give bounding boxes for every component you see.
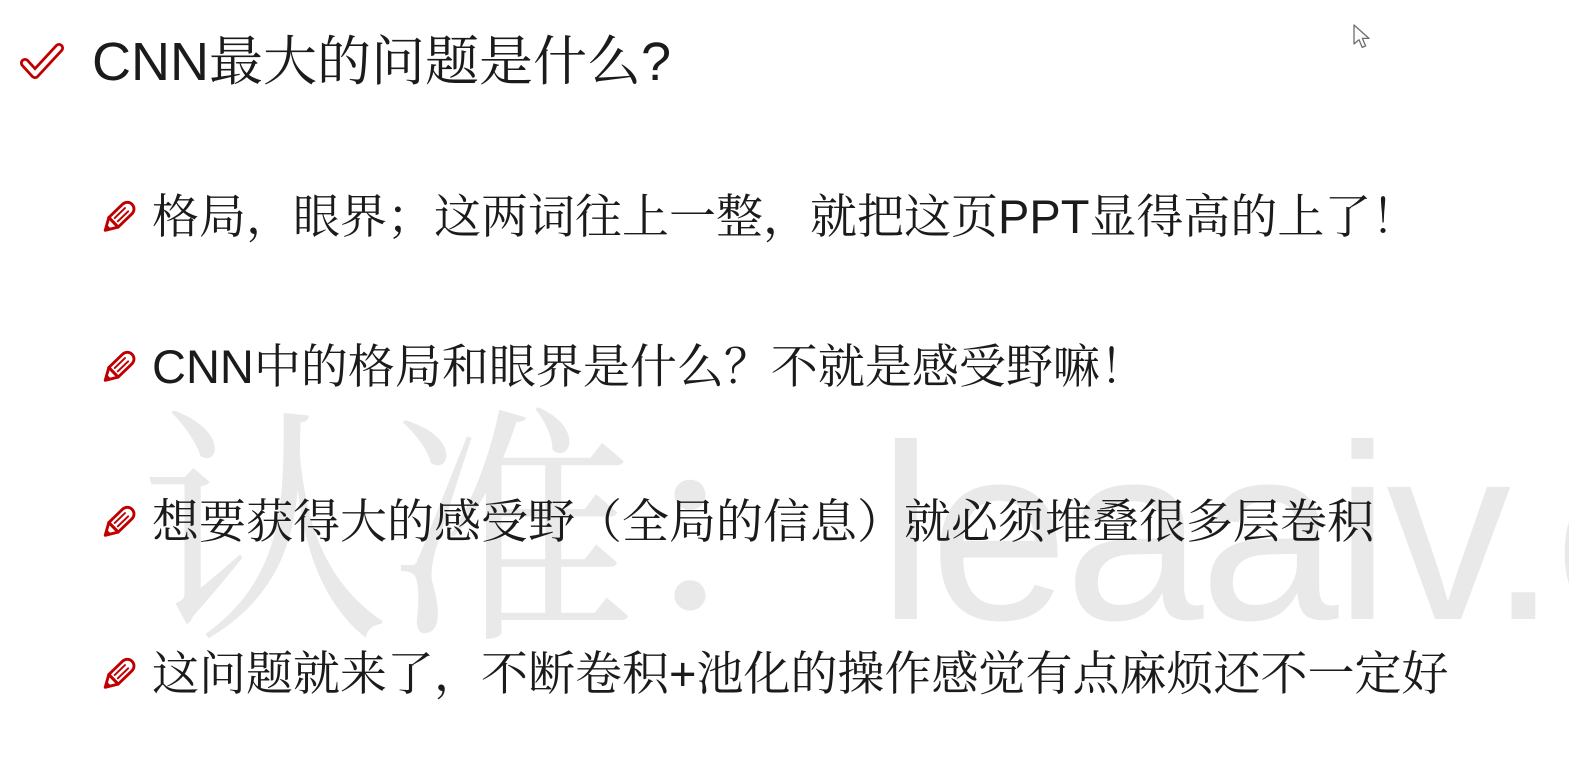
bullet-item: 这问题就来了，不断卷积+池化的操作感觉有点麻烦还不一定好 [96,643,1448,705]
bullet-text: 想要获得大的感受野（全局的信息）就必须堆叠很多层卷积 [152,492,1374,552]
bullet-item: CNN中的格局和眼界是什么？不就是感受野嘛！ [96,336,1147,398]
pencil-icon [96,495,142,549]
bullet-text: 这问题就来了，不断卷积+池化的操作感觉有点麻烦还不一定好 [152,644,1448,704]
bullet-text: 格局，眼界；这两词往上一整，就把这页PPT显得高的上了！ [152,187,1418,247]
bullet-text: CNN中的格局和眼界是什么？不就是感受野嘛！ [152,337,1147,397]
bullet-item: 格局，眼界；这两词往上一整，就把这页PPT显得高的上了！ [96,186,1418,248]
slide: 认准：leaaiv.cn CNN最大的问题是什么? 格局，眼界 [0,0,1569,763]
mouse-cursor-icon [1352,24,1372,57]
pencil-icon [96,190,142,244]
bullet-item: 想要获得大的感受野（全局的信息）就必须堆叠很多层卷积 [96,491,1374,553]
pencil-icon [96,340,142,394]
slide-title: CNN最大的问题是什么? [92,30,671,94]
slide-title-row: CNN最大的问题是什么? [20,28,671,96]
checkmark-icon [20,42,64,82]
pencil-icon [96,647,142,701]
